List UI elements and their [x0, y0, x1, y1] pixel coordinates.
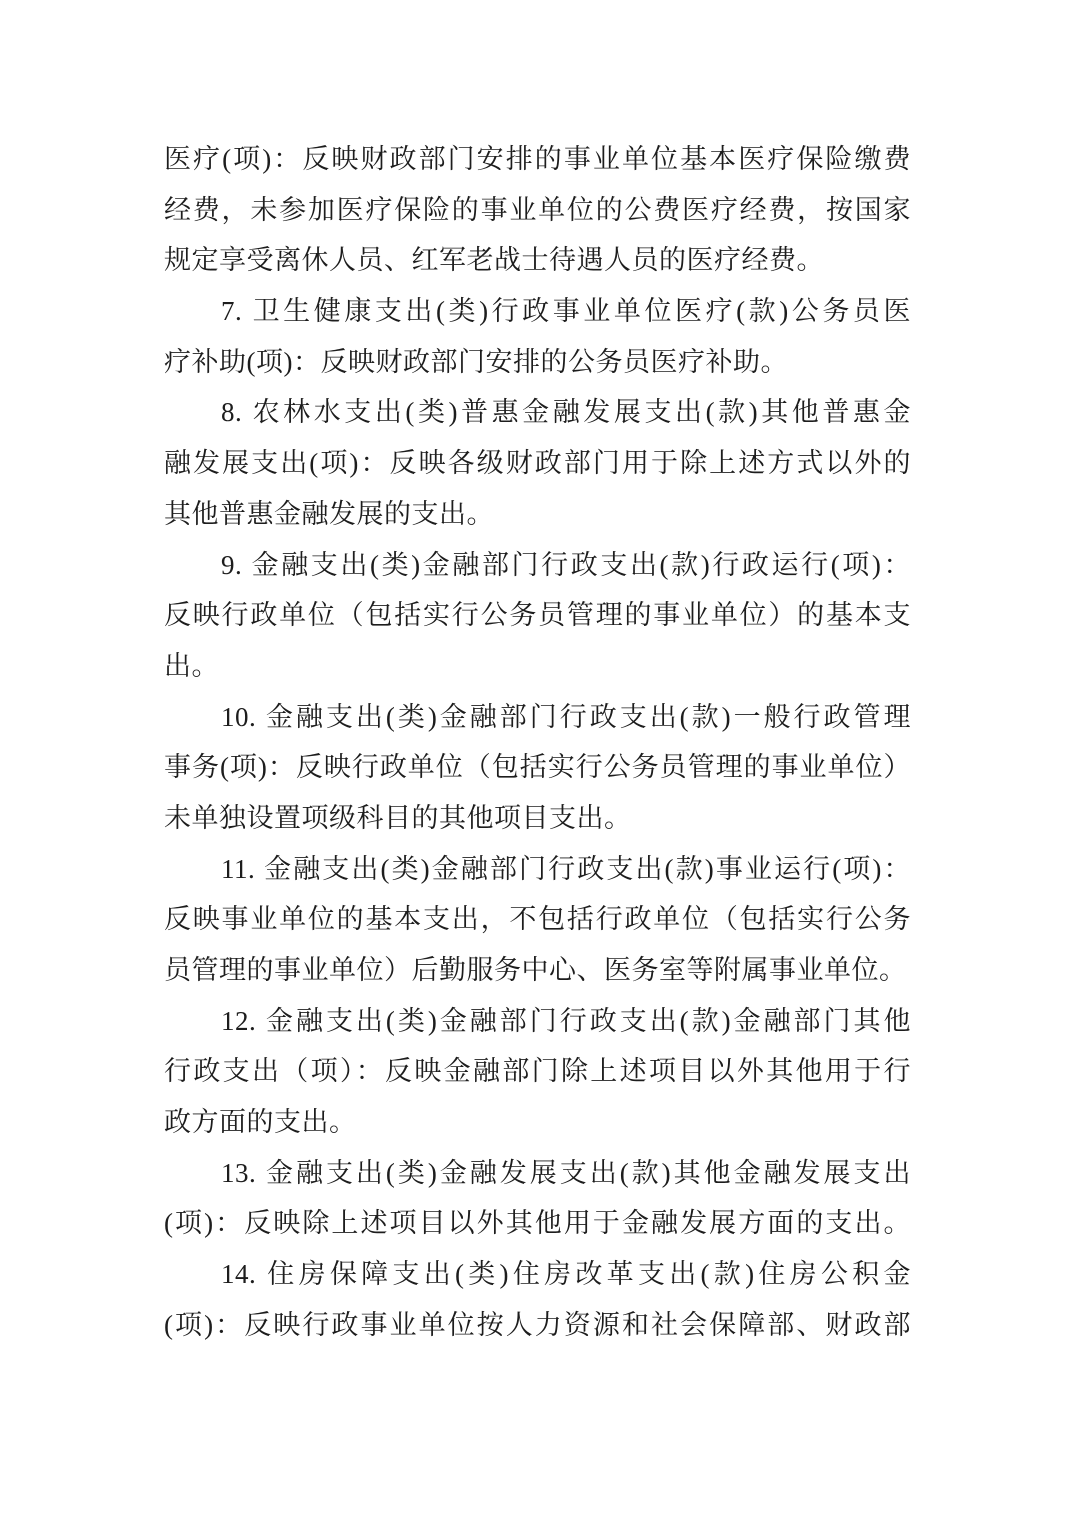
text-line: 12. 金融支出(类)金融部门行政支出(款)金融部门其他 — [164, 996, 911, 1047]
text-line: 11. 金融支出(类)金融部门行政支出(款)事业运行(项)： — [164, 844, 911, 895]
paragraph: 14. 住房保障支出(类)住房改革支出(款)住房公积金(项)：反映行政事业单位按… — [164, 1249, 911, 1350]
text-line: 反映行政单位（包括实行公务员管理的事业单位）的基本支 — [164, 590, 911, 641]
paragraph: 10. 金融支出(类)金融部门行政支出(款)一般行政管理事务(项)：反映行政单位… — [164, 692, 911, 844]
text-line: 出。 — [164, 641, 911, 692]
text-line: 其他普惠金融发展的支出。 — [164, 489, 911, 540]
text-line: 10. 金融支出(类)金融部门行政支出(款)一般行政管理 — [164, 692, 911, 743]
text-line: 疗补助(项)：反映财政部门安排的公务员医疗补助。 — [164, 337, 911, 388]
paragraph: 8. 农林水支出(类)普惠金融发展支出(款)其他普惠金融发展支出(项)：反映各级… — [164, 387, 911, 539]
text-line: 政方面的支出。 — [164, 1097, 911, 1148]
text-line: 融发展支出(项)：反映各级财政部门用于除上述方式以外的 — [164, 438, 911, 489]
text-line: 未单独设置项级科目的其他项目支出。 — [164, 793, 911, 844]
text-line: 反映事业单位的基本支出，不包括行政单位（包括实行公务 — [164, 894, 911, 945]
paragraph: 11. 金融支出(类)金融部门行政支出(款)事业运行(项)：反映事业单位的基本支… — [164, 844, 911, 996]
text-line: 13. 金融支出(类)金融发展支出(款)其他金融发展支出 — [164, 1148, 911, 1199]
text-line: 7. 卫生健康支出(类)行政事业单位医疗(款)公务员医 — [164, 286, 911, 337]
text-line: 事务(项)：反映行政单位（包括实行公务员管理的事业单位） — [164, 742, 911, 793]
text-line: 8. 农林水支出(类)普惠金融发展支出(款)其他普惠金 — [164, 387, 911, 438]
paragraph: 9. 金融支出(类)金融部门行政支出(款)行政运行(项)：反映行政单位（包括实行… — [164, 540, 911, 692]
text-line: 医疗(项)：反映财政部门安排的事业单位基本医疗保险缴费 — [164, 134, 911, 185]
text-line: 9. 金融支出(类)金融部门行政支出(款)行政运行(项)： — [164, 540, 911, 591]
text-line: 经费，未参加医疗保险的事业单位的公费医疗经费，按国家 — [164, 185, 911, 236]
text-line: (项)：反映除上述项目以外其他用于金融发展方面的支出。 — [164, 1198, 911, 1249]
paragraph: 12. 金融支出(类)金融部门行政支出(款)金融部门其他行政支出（项）：反映金融… — [164, 996, 911, 1148]
text-line: 行政支出（项）：反映金融部门除上述项目以外其他用于行 — [164, 1046, 911, 1097]
text-line: 规定享受离休人员、红军老战士待遇人员的医疗经费。 — [164, 235, 911, 286]
text-line: 14. 住房保障支出(类)住房改革支出(款)住房公积金 — [164, 1249, 911, 1300]
document-page: 医疗(项)：反映财政部门安排的事业单位基本医疗保险缴费经费，未参加医疗保险的事业… — [0, 0, 1074, 1520]
text-line: 员管理的事业单位）后勤服务中心、医务室等附属事业单位。 — [164, 945, 911, 996]
paragraph: 医疗(项)：反映财政部门安排的事业单位基本医疗保险缴费经费，未参加医疗保险的事业… — [164, 134, 911, 286]
paragraph: 7. 卫生健康支出(类)行政事业单位医疗(款)公务员医疗补助(项)：反映财政部门… — [164, 286, 911, 387]
paragraph: 13. 金融支出(类)金融发展支出(款)其他金融发展支出(项)：反映除上述项目以… — [164, 1148, 911, 1249]
text-line: (项)：反映行政事业单位按人力资源和社会保障部、财政部 — [164, 1300, 911, 1351]
document-body: 医疗(项)：反映财政部门安排的事业单位基本医疗保险缴费经费，未参加医疗保险的事业… — [164, 134, 911, 1351]
